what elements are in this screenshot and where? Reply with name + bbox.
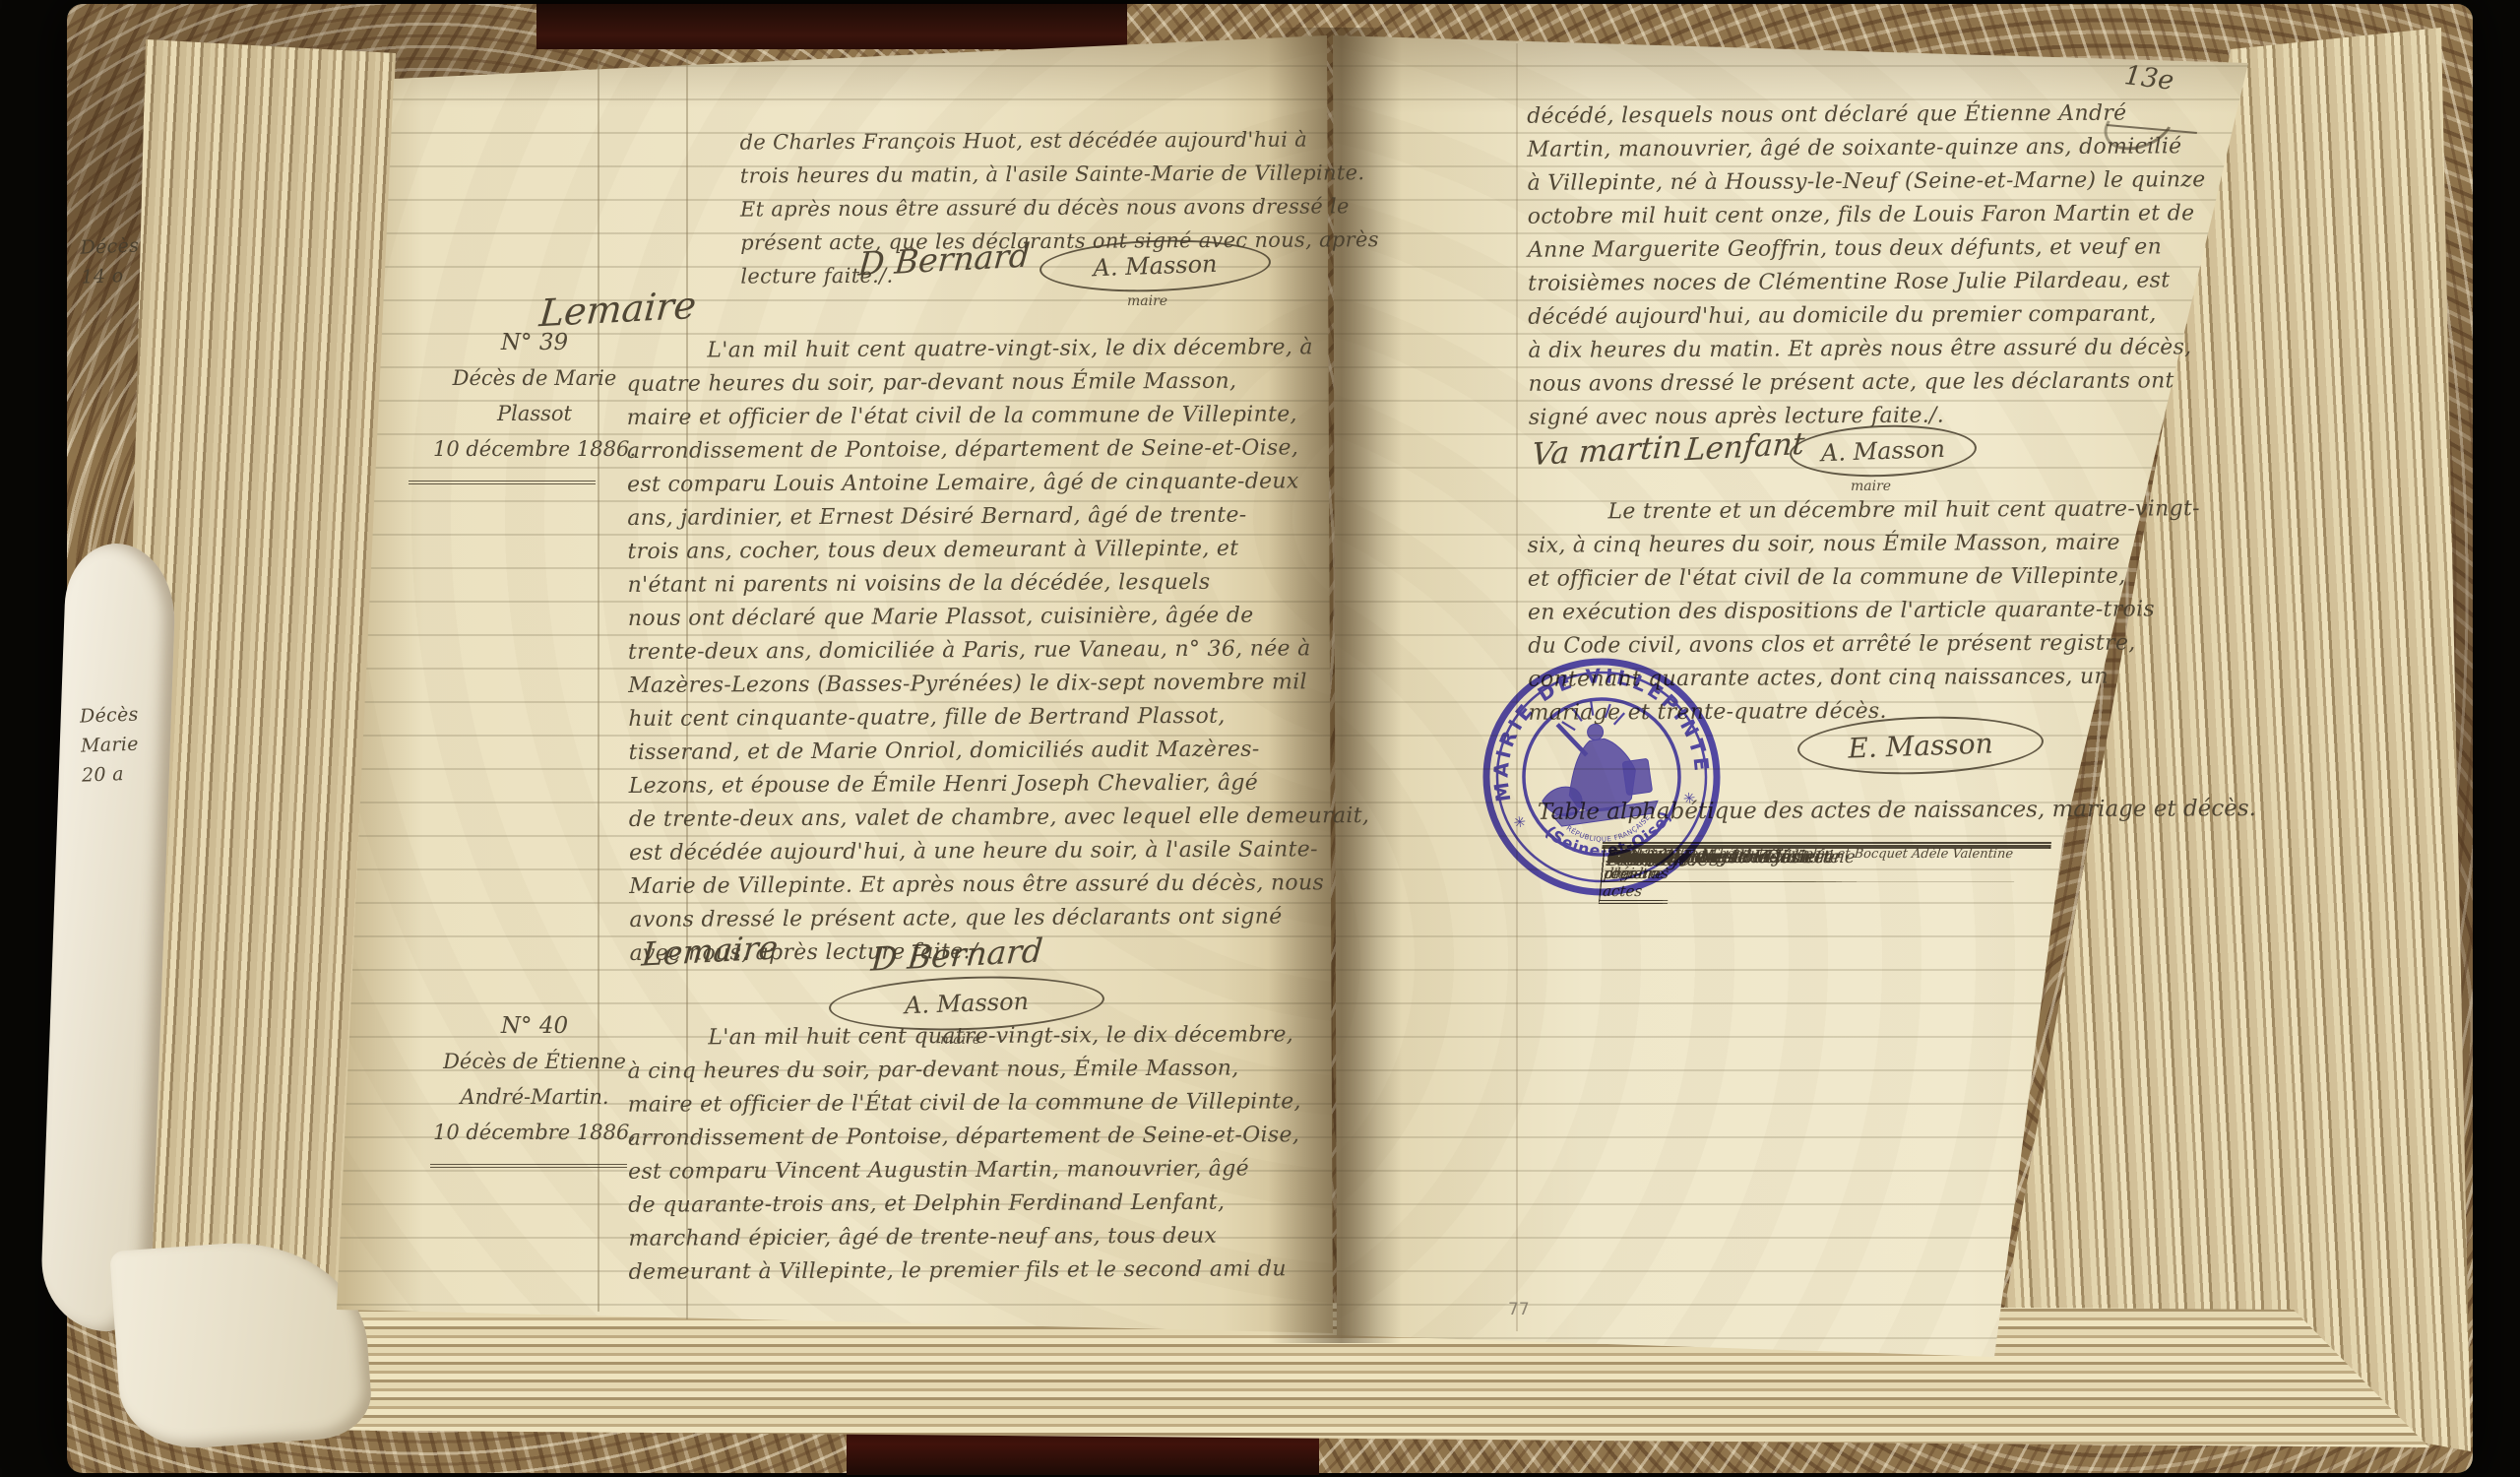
act39-body: L'an mil huit cent quatre-vingt-six, le … — [626, 331, 1370, 971]
manuscript-line: Mazères-Lezons (Basses-Pyrénées) le dix-… — [628, 666, 1368, 703]
manuscript-line: demeurant à Villepinte, le premier fils … — [629, 1252, 1302, 1290]
manuscript-line: Lezons, et épouse de Émile Henri Joseph … — [629, 766, 1369, 803]
manuscript-line: de Charles François Huot, est décédée au… — [740, 122, 1331, 159]
manuscript-line: maire et officier de l'état civil de la … — [627, 398, 1367, 435]
signature-masson: A. Masson — [1821, 435, 1946, 467]
previous-page-margin-note: Décès14 o — [80, 227, 229, 291]
manuscript-line: trois heures du matin, à l'asile Sainte-… — [740, 156, 1331, 192]
manuscript-line: trois ans, cocher, tous deux demeurant à… — [627, 532, 1367, 569]
manuscript-line: tisserand, et de Marie Onriol, domicilié… — [628, 733, 1368, 770]
manuscript-line: octobre mil huit cent onze, fils de Loui… — [1528, 197, 2206, 234]
manuscript-line: L'an mil huit cent quatre-vingt-six, le … — [627, 1018, 1300, 1056]
act-title: Plassot — [497, 402, 572, 425]
manuscript-line: troisièmes noces de Clémentine Rose Juli… — [1528, 264, 2206, 301]
act-title: André-Martin. — [460, 1085, 608, 1109]
manuscript-line: n'étant ni parents ni voisins de la décé… — [628, 565, 1368, 603]
manuscript-line: nous avons dressé le présent acte, que l… — [1529, 364, 2207, 402]
manuscript-line: et officier de l'état civil de la commun… — [1528, 559, 2201, 597]
act-date: 10 décembre 1886, — [433, 1121, 636, 1144]
signature-lenfant: Lenfant — [1683, 426, 1805, 469]
signature-role-maire: maire — [1127, 293, 1167, 309]
manuscript-line: 20 a — [82, 755, 230, 790]
manuscript-line: ans, jardinier, et Ernest Désiré Bernard… — [627, 498, 1367, 536]
signature-masson: A. Masson — [1093, 250, 1218, 282]
signature-role-maire: maire — [1851, 479, 1891, 494]
manuscript-line: Et après nous être assuré du décès nous … — [740, 189, 1331, 225]
manuscript-line: arrondissement de Pontoise, département … — [627, 431, 1367, 469]
register-scan-photo: Décès14 o DécèsMarie20 a de Charles Fran… — [0, 0, 2520, 1477]
manuscript-line: quatre heures du soir, par-devant nous É… — [626, 364, 1366, 402]
manuscript-line: huit cent cinquante-quatre, fille de Ber… — [628, 699, 1368, 737]
book-spine-edge-top — [536, 4, 1127, 49]
previous-page-margin-note: DécèsMarie20 a — [79, 696, 229, 790]
marianne-figure-icon — [1530, 693, 1660, 828]
manuscript-line: Le trente et un décembre mil huit cent q… — [1527, 492, 2200, 530]
stamp-star-icon: ✳ — [1682, 789, 1697, 808]
manuscript-line: à dix heures du matin. Et après nous êtr… — [1528, 331, 2206, 368]
act-title: Décès de Marie — [453, 366, 617, 390]
manuscript-line: est comparu Vincent Augustin Martin, man… — [628, 1152, 1301, 1189]
act-number: N° 39 — [501, 330, 568, 355]
manuscript-line: 14 o — [81, 257, 229, 291]
manuscript-line: décédé aujourd'hui, au domicile du premi… — [1528, 297, 2206, 335]
act-title: Décès de Étienne — [443, 1050, 626, 1073]
manuscript-line: est comparu Louis Antoine Lemaire, âgé d… — [627, 465, 1367, 502]
manuscript-line: décédé, lesquels nous ont déclaré que Ét… — [1527, 96, 2205, 134]
pencil-foliation-mark: 77 — [1508, 1300, 1530, 1319]
folio-page-number: 13e — [2122, 60, 2175, 96]
act40-continuation: décédé, lesquels nous ont déclaré que Ét… — [1527, 96, 2207, 435]
manuscript-line: arrondissement de Pontoise, département … — [628, 1119, 1301, 1156]
manuscript-line: de trente-deux ans, valet de chambre, av… — [629, 800, 1369, 837]
manuscript-line: L'an mil huit cent quatre-vingt-six, le … — [626, 331, 1366, 368]
stamp-star-icon: ✳ — [1512, 812, 1527, 832]
manuscript-line: trente-deux ans, domiciliée à Paris, rue… — [628, 632, 1368, 670]
manuscript-line: de quarante-trois ans, et Delphin Ferdin… — [628, 1186, 1301, 1223]
manuscript-line: à cinq heures du soir, par-devant nous, … — [627, 1052, 1300, 1089]
manuscript-line: à Villepinte, né à Houssy-le-Neuf (Seine… — [1527, 163, 2205, 201]
margin-note-rule — [430, 1164, 627, 1168]
manuscript-line: six, à cinq heures du soir, nous Émile M… — [1528, 526, 2201, 563]
signature-masson-closing: E. Masson — [1848, 727, 1993, 764]
signature-masson: A. Masson — [905, 988, 1030, 1019]
mairie-villepinte-stamp: MAIRIE DE VILLEPINTE (Seine-et-Oise) RÉP… — [1463, 638, 1740, 916]
manuscript-line: marchand épicier, âgé de trente-neuf ans… — [628, 1219, 1301, 1256]
act40-body: L'an mil huit cent quatre-vingt-six, le … — [627, 1018, 1301, 1290]
margin-note-rule — [409, 481, 596, 484]
manuscript-line: en exécution des dispositions de l'artic… — [1528, 593, 2201, 630]
manuscript-line: Marie de Villepinte. Et après nous être … — [629, 867, 1369, 904]
signature-lemaire: Lemaire — [640, 928, 780, 973]
manuscript-line: Anne Marguerite Geoffrin, tous deux défu… — [1528, 230, 2206, 268]
manuscript-line: maire et officier de l'État civil de la … — [628, 1085, 1301, 1123]
act-number: N° 40 — [501, 1013, 568, 1039]
manuscript-line: est décédée aujourd'hui, à une heure du … — [629, 833, 1369, 870]
manuscript-line: Martin, manouvrier, âgé de soixante-quin… — [1527, 130, 2205, 167]
act-date: 10 décembre 1886. — [433, 437, 636, 461]
manuscript-line: nous ont déclaré que Marie Plassot, cuis… — [628, 599, 1368, 636]
